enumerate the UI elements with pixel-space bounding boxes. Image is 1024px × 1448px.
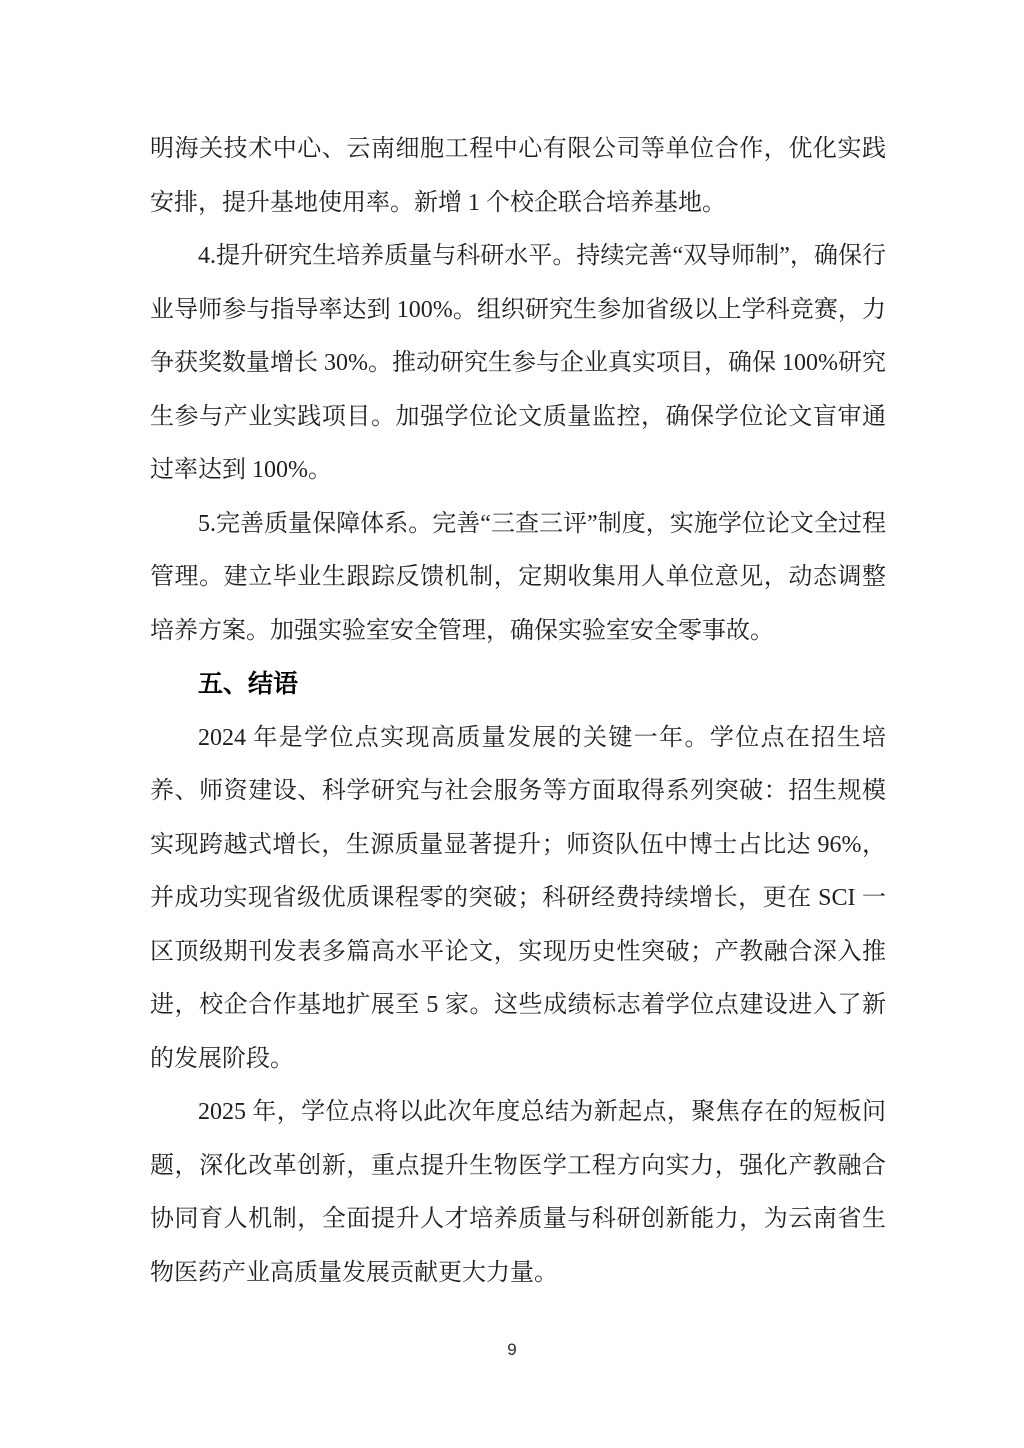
document-content: 明海关技术中心、云南细胞工程中心有限公司等单位合作，优化实践安排，提升基地使用率… (150, 123, 886, 1300)
page-number: 9 (507, 1340, 516, 1359)
paragraph-item5-quality-assurance: 5.完善质量保障体系。完善“三查三评”制度，实施学位论文全过程管理。建立毕业生跟… (150, 498, 886, 659)
document-page: 明海关技术中心、云南细胞工程中心有限公司等单位合作，优化实践安排，提升基地使用率… (0, 0, 1024, 1448)
page-footer: 9 (0, 1340, 1024, 1360)
paragraph-item4-training-quality: 4.提升研究生培养质量与科研水平。持续完善“双导师制”，确保行业导师参与指导率达… (150, 230, 886, 498)
paragraph-2025-outlook: 2025 年，学位点将以此次年度总结为新起点，聚焦存在的短板问题，深化改革创新，… (150, 1086, 886, 1300)
section-heading-conclusion: 五、结语 (150, 658, 886, 712)
paragraph-practice-base-continuation: 明海关技术中心、云南细胞工程中心有限公司等单位合作，优化实践安排，提升基地使用率… (150, 123, 886, 230)
paragraph-2024-summary: 2024 年是学位点实现高质量发展的关键一年。学位点在招生培养、师资建设、科学研… (150, 712, 886, 1087)
